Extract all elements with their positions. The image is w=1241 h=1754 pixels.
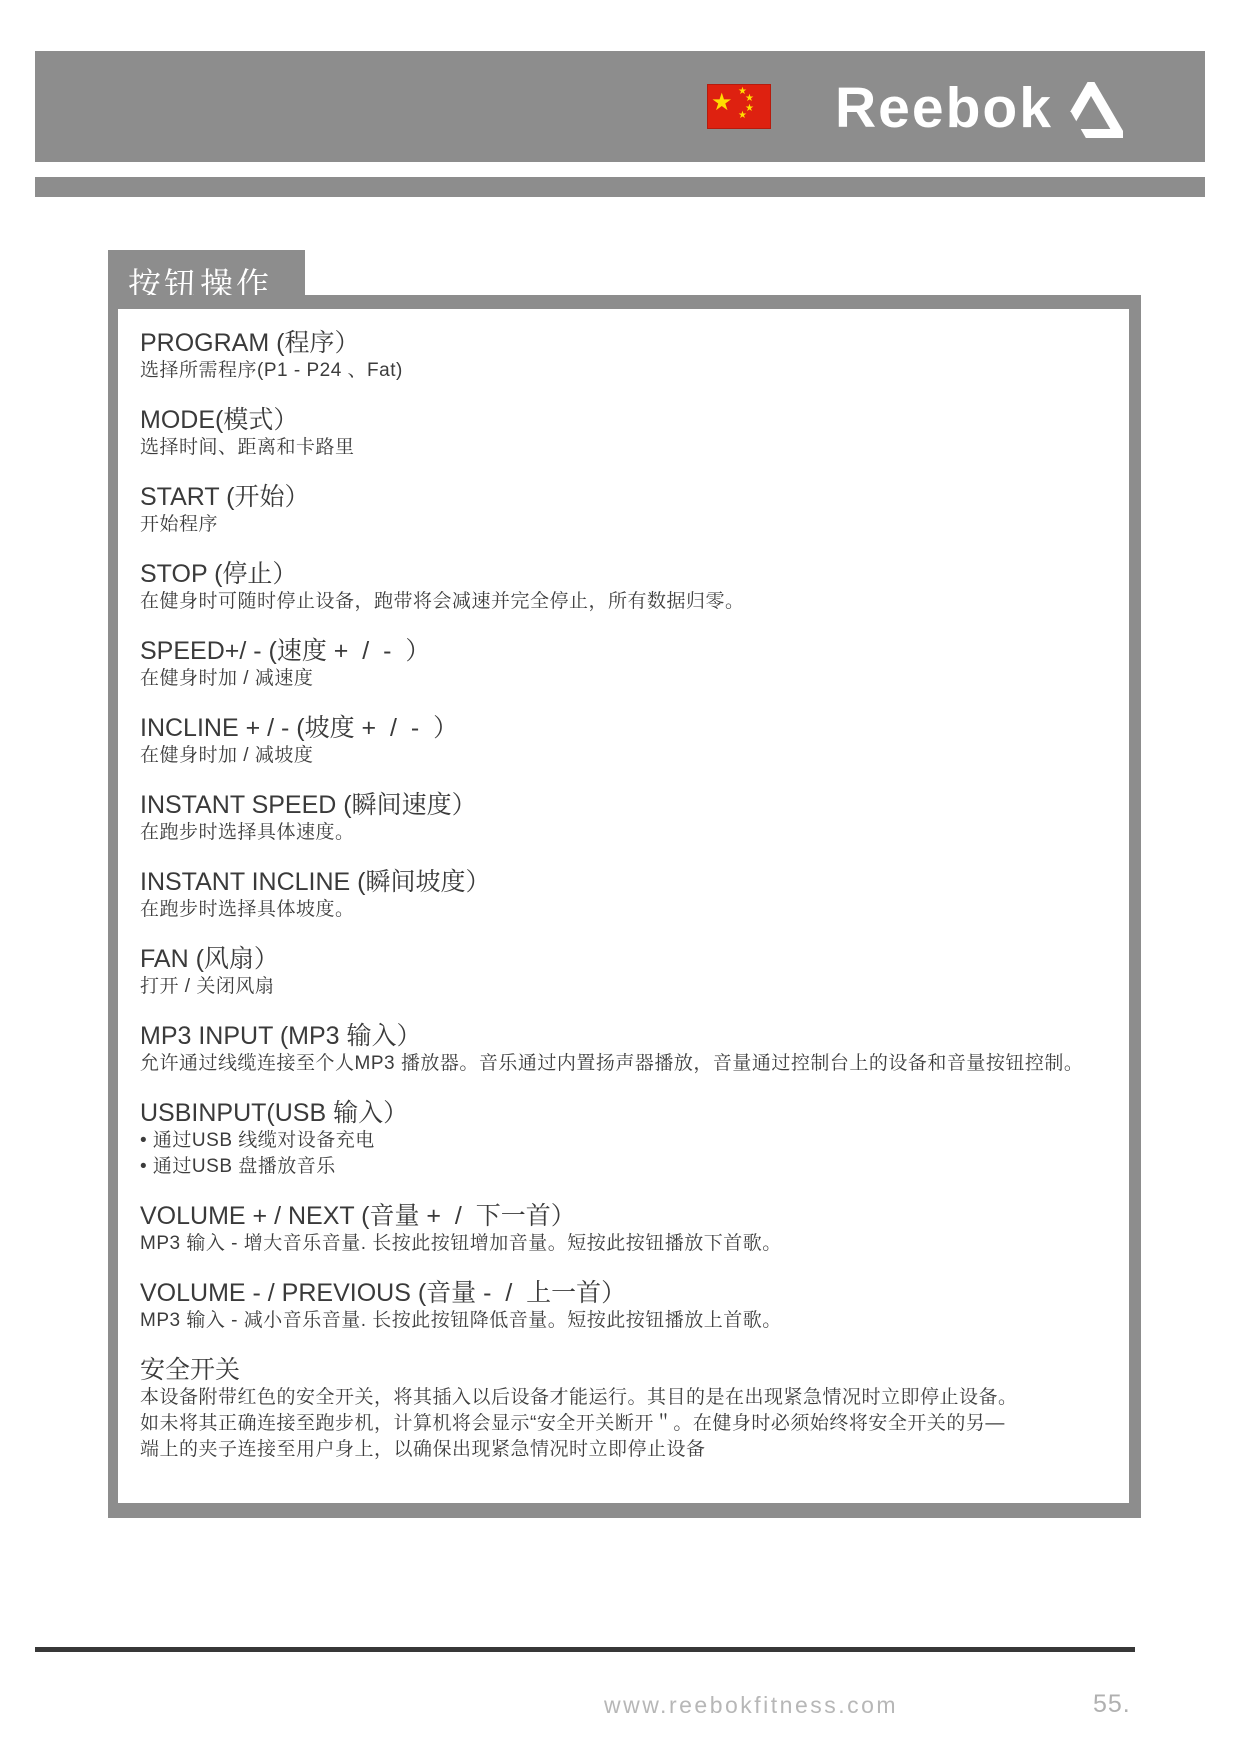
button-section: FAN (风扇） 打开 / 关闭风扇 [140,944,1111,1000]
button-name: VOLUME + / NEXT (音量 + / 下一首） [140,1201,1111,1231]
button-name: PROGRAM (程序） [140,328,1111,358]
button-description: • 通过USB 线缆对设备充电 [140,1128,1111,1154]
button-description: • 通过USB 盘播放音乐 [140,1154,1111,1180]
button-description: 开始程序 [140,512,1111,538]
button-description: 本设备附带红色的安全开关，将其插入以后设备才能运行。其目的是在出现紧急情况时立即… [140,1385,1111,1411]
button-description: 选择所需程序(P1 - P24 、Fat) [140,358,1111,384]
button-description: 如未将其正确连接至跑步机，计算机将会显示“安全开关断开＂。在健身时必须始终将安全… [140,1411,1111,1437]
button-section: PROGRAM (程序） 选择所需程序(P1 - P24 、Fat) [140,328,1111,384]
button-name: SPEED+/ - (速度 + / - ） [140,636,1111,666]
footer-page-number: 55. [1093,1690,1131,1719]
footer-website: www.reebokfitness.com [604,1692,898,1719]
button-description: 端上的夹子连接至用户身上，以确保出现紧急情况时立即停止设备 [140,1437,1111,1463]
button-section: STOP (停止） 在健身时可随时停止设备，跑带将会减速并完全停止，所有数据归零… [140,559,1111,615]
button-name: VOLUME - / PREVIOUS (音量 - / 上一首） [140,1278,1111,1308]
button-section: VOLUME + / NEXT (音量 + / 下一首） MP3 输入 - 增大… [140,1201,1111,1257]
button-name: FAN (风扇） [140,944,1111,974]
button-description: 选择时间、距离和卡路里 [140,435,1111,461]
button-name: 安全开关 [140,1355,1111,1385]
button-name: STOP (停止） [140,559,1111,589]
flag-star-icon: ★ [711,91,733,115]
reebok-delta-icon [1059,82,1123,138]
header-bar: ★ ★ ★ ★ ★ Reebok [35,51,1205,162]
button-description: 在健身时加 / 减速度 [140,666,1111,692]
button-description: 在健身时加 / 减坡度 [140,743,1111,769]
button-description: 在跑步时选择具体速度。 [140,820,1111,846]
button-description: 允许通过线缆连接至个人MP3 播放器。音乐通过内置扬声器播放，音量通过控制台上的… [140,1051,1111,1077]
manual-page: ★ ★ ★ ★ ★ Reebok 按钮操作 PROGRAM (程序） 选择所需程… [0,0,1241,1754]
button-section: INCLINE + / - (坡度 + / - ） 在健身时加 / 减坡度 [140,713,1111,769]
button-section: VOLUME - / PREVIOUS (音量 - / 上一首） MP3 输入 … [140,1278,1111,1334]
button-name: INSTANT SPEED (瞬间速度） [140,790,1111,820]
footer-rule [35,1647,1135,1652]
button-name: INSTANT INCLINE (瞬间坡度） [140,867,1111,897]
reebok-wordmark: Reebok [835,79,1053,137]
button-name: START (开始） [140,482,1111,512]
button-name: USBINPUT(USB 输入） [140,1098,1111,1128]
button-name: INCLINE + / - (坡度 + / - ） [140,713,1111,743]
content-panel: PROGRAM (程序） 选择所需程序(P1 - P24 、Fat) MODE(… [108,295,1141,1518]
button-section: MP3 INPUT (MP3 输入） 允许通过线缆连接至个人MP3 播放器。音乐… [140,1021,1111,1077]
button-name: MODE(模式） [140,405,1111,435]
button-section: MODE(模式） 选择时间、距离和卡路里 [140,405,1111,461]
button-description: 在健身时可随时停止设备，跑带将会减速并完全停止，所有数据归零。 [140,589,1111,615]
button-description: MP3 输入 - 减小音乐音量. 长按此按钮降低音量。短按此按钮播放上首歌。 [140,1308,1111,1334]
button-sections-list: PROGRAM (程序） 选择所需程序(P1 - P24 、Fat) MODE(… [118,309,1129,1463]
button-section: INSTANT INCLINE (瞬间坡度） 在跑步时选择具体坡度。 [140,867,1111,923]
button-description: MP3 输入 - 增大音乐音量. 长按此按钮增加音量。短按此按钮播放下首歌。 [140,1231,1111,1257]
button-section: USBINPUT(USB 输入） • 通过USB 线缆对设备充电• 通过USB … [140,1098,1111,1180]
button-section: 安全开关 本设备附带红色的安全开关，将其插入以后设备才能运行。其目的是在出现紧急… [140,1355,1111,1463]
button-name: MP3 INPUT (MP3 输入） [140,1021,1111,1051]
button-description: 在跑步时选择具体坡度。 [140,897,1111,923]
button-description: 打开 / 关闭风扇 [140,974,1111,1000]
button-section: INSTANT SPEED (瞬间速度） 在跑步时选择具体速度。 [140,790,1111,846]
china-flag-icon: ★ ★ ★ ★ ★ [707,84,771,129]
button-section: SPEED+/ - (速度 + / - ） 在健身时加 / 减速度 [140,636,1111,692]
button-section: START (开始） 开始程序 [140,482,1111,538]
flag-star-icon: ★ [738,111,747,121]
header-divider-bar [35,177,1205,197]
